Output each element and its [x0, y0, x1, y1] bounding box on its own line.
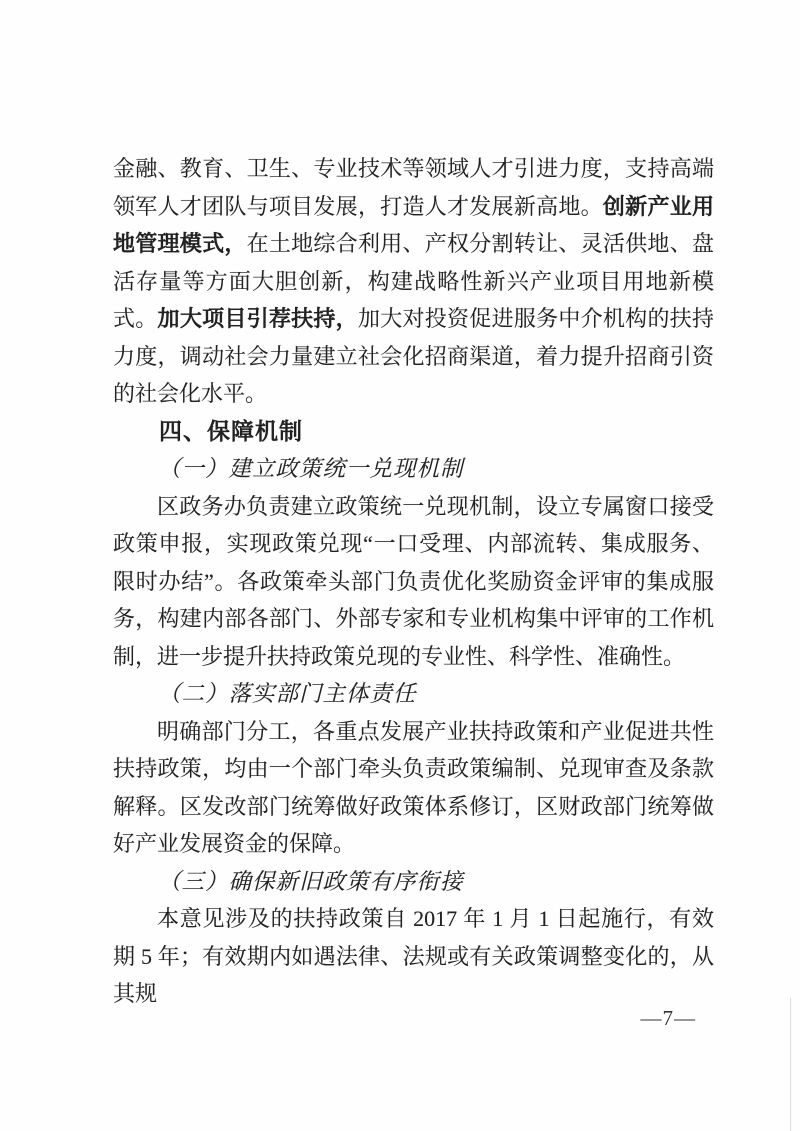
paragraph: 金融、教育、卫生、专业技术等领域人才引进力度，支持高端领军人才团队与项目发展，打…	[113, 150, 714, 413]
body-text: 明确部门分工，各重点发展产业扶持政策和产业促进共性扶持政策，均由一个部门牵头负责…	[113, 719, 714, 857]
paragraph: 区政务办负责建立政策统一兑现机制，设立专属窗口接受政策申报，实现政策兑现“一口受…	[113, 488, 714, 676]
page-number: —7—	[641, 1005, 697, 1031]
section-heading: 四、保障机制	[113, 413, 714, 451]
document-body: 金融、教育、卫生、专业技术等领域人才引进力度，支持高端领军人才团队与项目发展，打…	[113, 150, 714, 1013]
sub-heading: （三）确保新旧政策有序衔接	[113, 863, 714, 901]
document-page: 金融、教育、卫生、专业技术等领域人才引进力度，支持高端领军人才团队与项目发展，打…	[0, 0, 800, 1131]
sub-heading: （一）建立政策统一兑现机制	[113, 450, 714, 488]
paragraph: 本意见涉及的扶持政策自 2017 年 1 月 1 日起施行，有效期 5 年；有效…	[113, 900, 714, 1013]
body-text: 区政务办负责建立政策统一兑现机制，设立专属窗口接受政策申报，实现政策兑现“一口受…	[113, 494, 714, 669]
body-text: 本意见涉及的扶持政策自 2017 年 1 月 1 日起施行，有效期 5 年；有效…	[113, 906, 714, 1006]
scan-artifact-line	[790, 998, 791, 1131]
paragraph: 明确部门分工，各重点发展产业扶持政策和产业促进共性扶持政策，均由一个部门牵头负责…	[113, 713, 714, 863]
sub-heading: （二）落实部门主体责任	[113, 675, 714, 713]
bold-emphasis-text: 加大项目引荐扶持，	[158, 306, 358, 331]
